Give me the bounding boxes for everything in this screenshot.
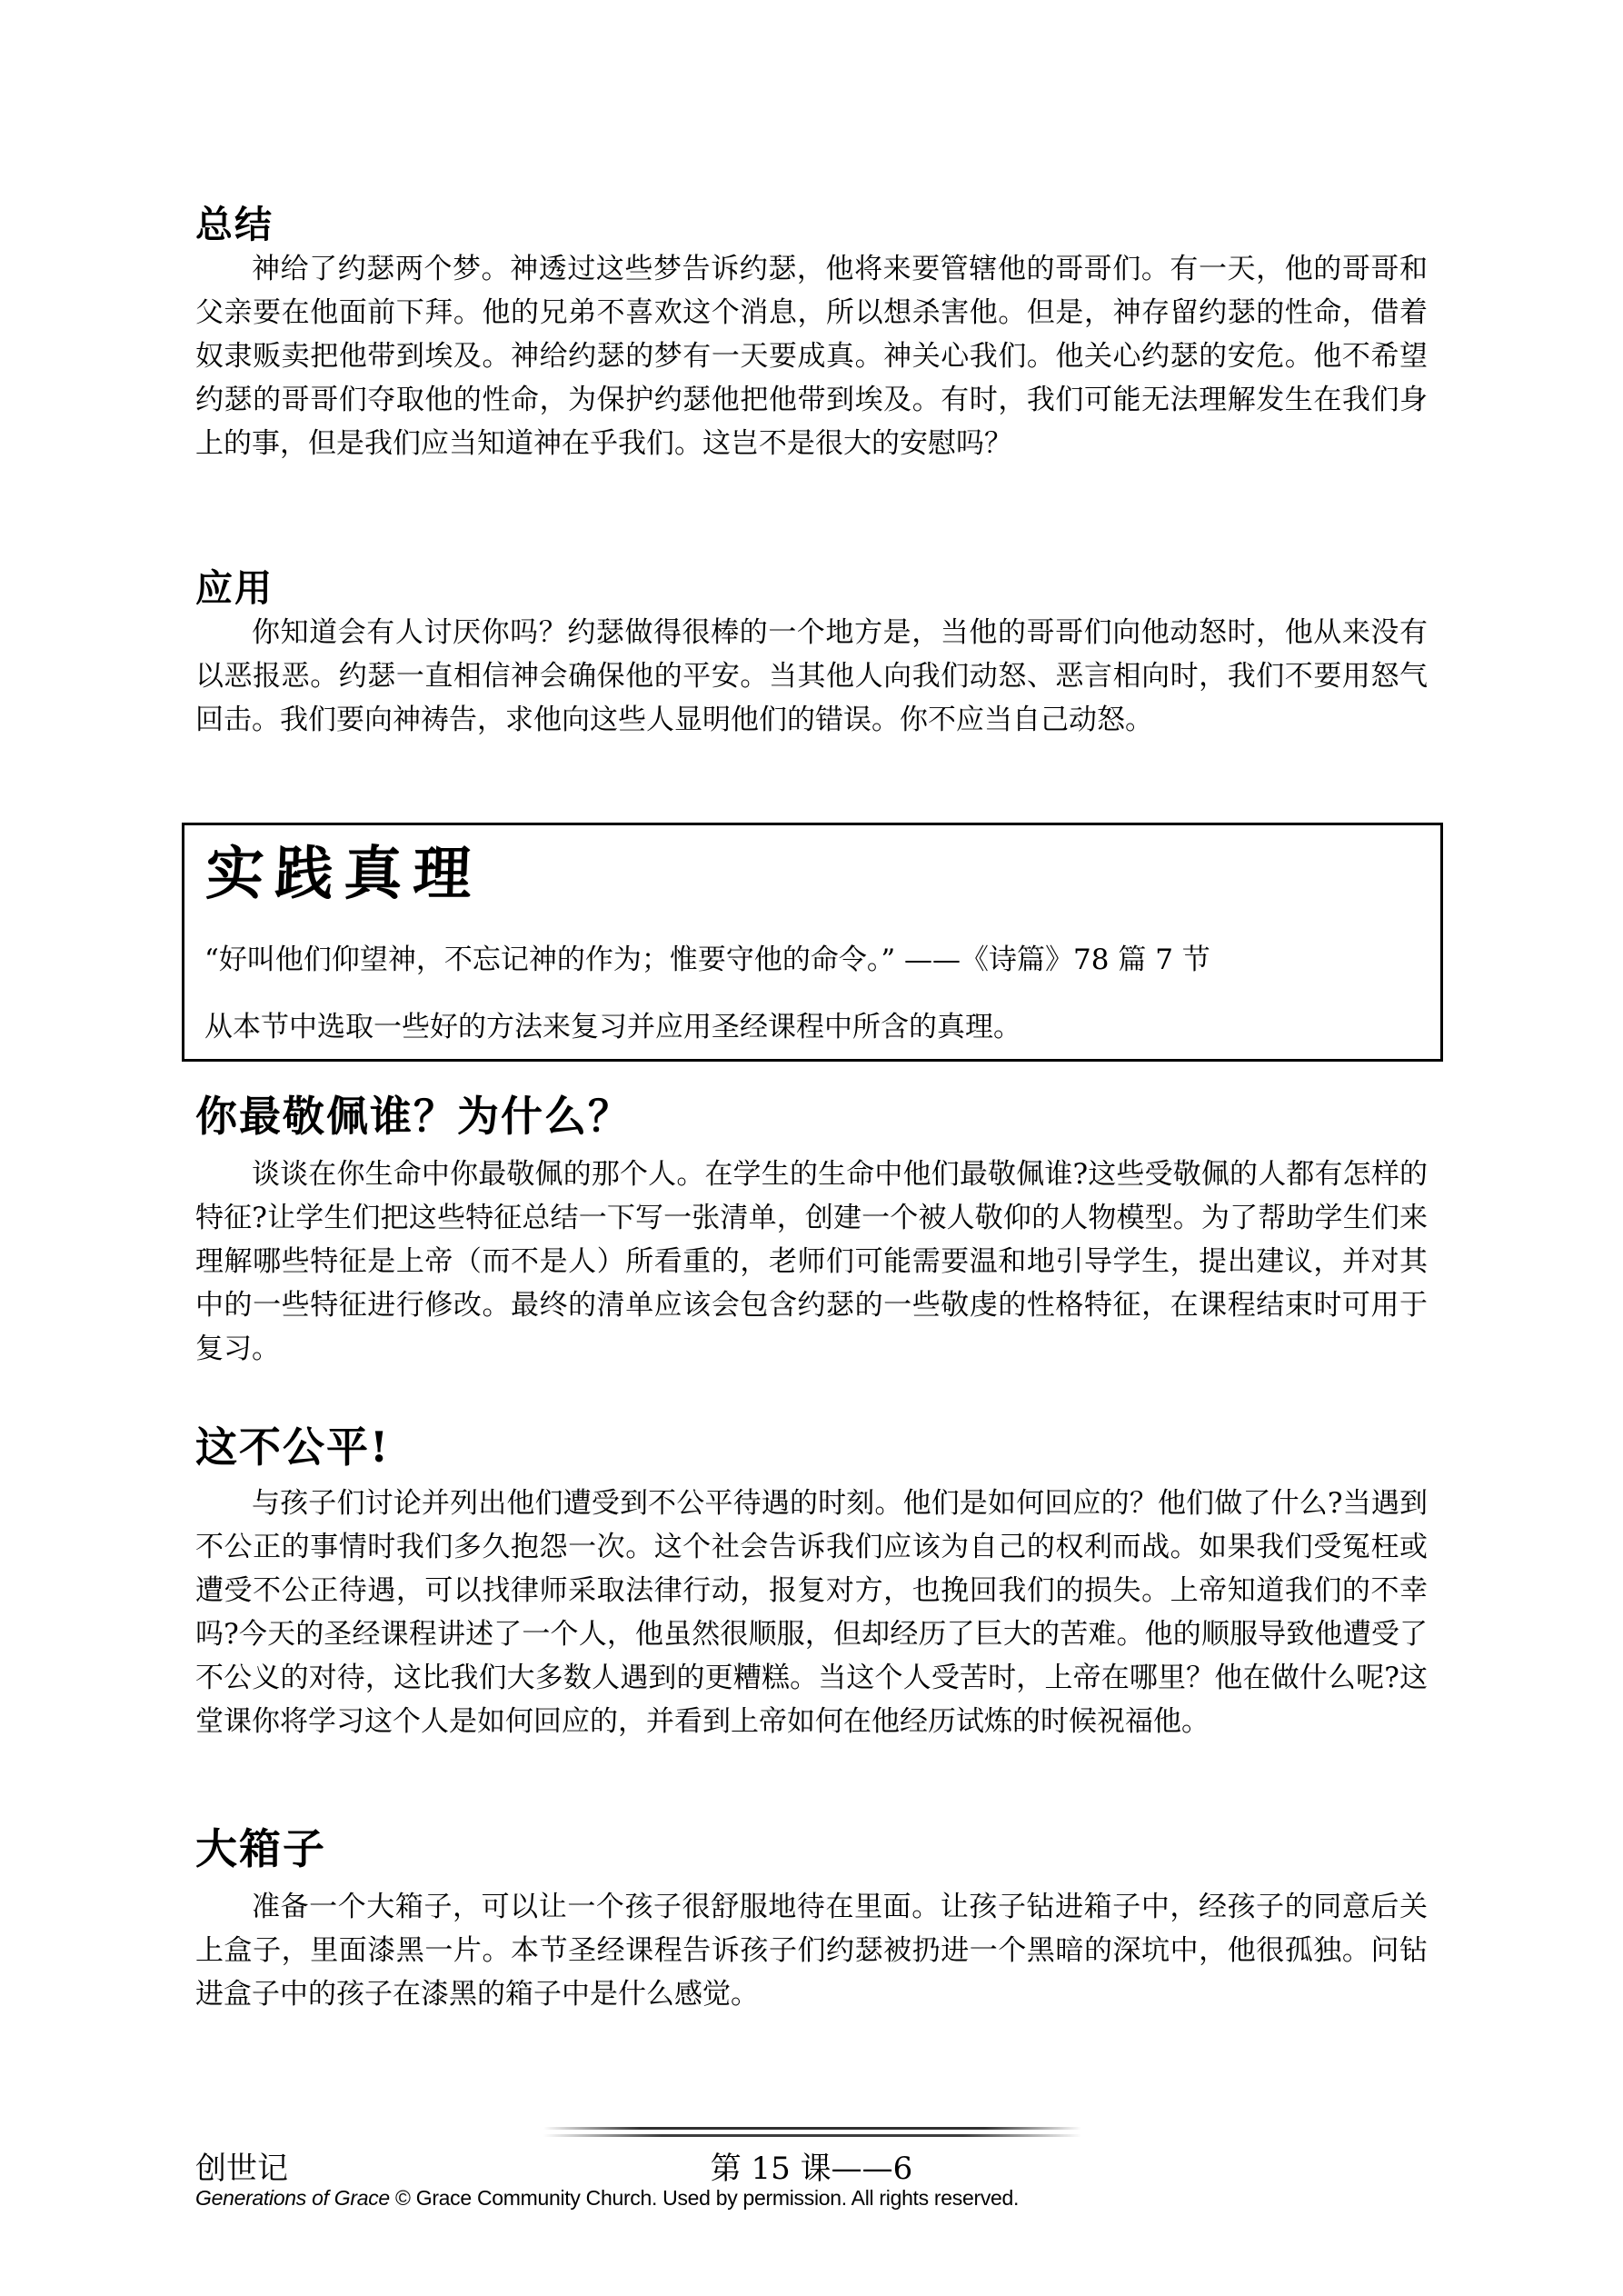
practice-truth-verse-quote: “好叫他们仰望神，不忘记神的作为；惟要守他的命令。” ——《诗篇》78 篇 7 … [204,938,1422,982]
section-heading-bigbox: 大箱子 [195,1823,326,1874]
practice-truth-heading: 实践真理 [204,836,1425,913]
practice-truth-box: 实践真理 “好叫他们仰望神，不忘记神的作为；惟要守他的命令。” ——《诗篇》78… [182,823,1443,1062]
footer-page-number: 第 15 课——6 [0,2149,1623,2189]
footer-copyright-series-title: Generations of Grace [195,2186,390,2210]
footer-copyright-text: © Grace Community Church. Used by permis… [390,2186,1019,2210]
section-heading-unfair: 这不公平! [195,1422,390,1472]
section-body-unfair: 与孩子们讨论并列出他们遭受到不公平待遇的时刻。他们是如何回应的？他们做了什么?当… [195,1482,1428,1743]
section-heading-application: 应用 [195,565,274,611]
section-heading-summary: 总结 [195,202,274,247]
footer-separator-line-top [543,2127,1081,2130]
practice-truth-instruction: 从本节中选取一些好的方法来复习并应用圣经课程中所含的真理。 [204,1005,1422,1049]
section-body-application: 你知道会有人讨厌你吗？约瑟做得很棒的一个地方是，当他的哥哥们向他动怒时，他从来没… [195,611,1428,742]
document-page: 总结 神给了约瑟两个梦。神透过这些梦告诉约瑟，他将来要管辖他的哥哥们。有一天，他… [0,0,1623,2296]
section-body-admire: 谈谈在你生命中你最敬佩的那个人。在学生的生命中他们最敬佩谁?这些受敬佩的人都有怎… [195,1153,1428,1371]
footer-copyright: Generations of Grace © Grace Community C… [195,2185,1019,2211]
section-body-bigbox: 准备一个大箱子，可以让一个孩子很舒服地待在里面。让孩子钻进箱子中，经孩子的同意后… [195,1885,1428,2016]
section-heading-admire: 你最敬佩谁？为什么？ [195,1091,632,1142]
section-body-summary: 神给了约瑟两个梦。神透过这些梦告诉约瑟，他将来要管辖他的哥哥们。有一天，他的哥哥… [195,247,1428,465]
footer-separator-line-bottom [543,2134,1081,2137]
